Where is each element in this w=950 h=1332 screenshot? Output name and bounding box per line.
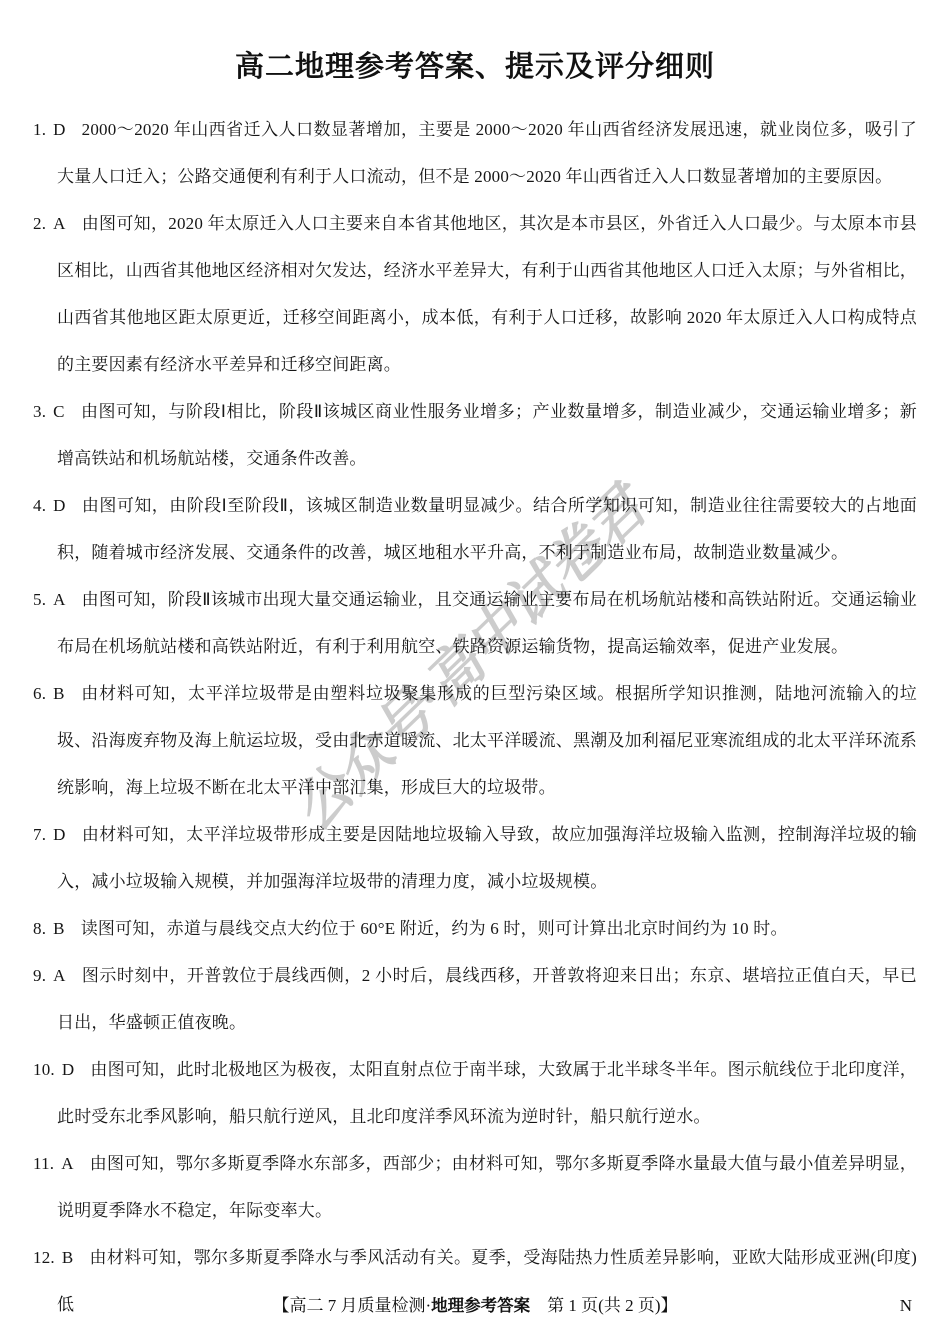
answer-choice: B [62,1248,90,1267]
answer-item: 9.A图示时刻中，开普敦位于晨线西侧，2 小时后，晨线西移，开普敦将迎来日出；东… [33,952,917,1046]
answer-choice: A [61,1154,89,1173]
answer-number: 2. [33,214,53,233]
footer-corner-mark: N [900,1294,912,1318]
answer-item: 10.D由图可知，此时北极地区为极夜，太阳直射点位于南半球，大致属于北半球冬半年… [33,1046,917,1140]
answer-number: 7. [33,825,53,844]
answer-number: 10. [33,1060,62,1079]
answer-number: 8. [33,919,53,938]
answer-choice: C [53,402,81,421]
answer-item: 2.A由图可知，2020 年太原迁入人口主要来自本省其他地区，其次是本市县区，外… [33,200,917,388]
exam-answer-page: 公众号·高中试卷君 高二地理参考答案、提示及评分细则 1.D2000～2020 … [0,0,950,1332]
page-title: 高二地理参考答案、提示及评分细则 [33,50,917,84]
answer-explanation: 读图可知，赤道与晨线交点大约位于 60°E 附近，约为 6 时，则可计算出北京时… [81,919,788,938]
answer-explanation: 由图可知，此时北极地区为极夜，太阳直射点位于南半球，大致属于北半球冬半年。图示航… [57,1060,917,1126]
answer-explanation: 由图可知，阶段Ⅱ该城市出现大量交通运输业，且交通运输业主要布局在机场航站楼和高铁… [57,590,917,656]
answer-explanation: 2000～2020 年山西省迁入人口数显著增加，主要是 2000～2020 年山… [57,120,917,186]
answer-choice: B [53,684,81,703]
answer-item: 11.A由图可知，鄂尔多斯夏季降水东部多，西部少；由材料可知，鄂尔多斯夏季降水量… [33,1140,917,1234]
answer-item: 5.A由图可知，阶段Ⅱ该城市出现大量交通运输业，且交通运输业主要布局在机场航站楼… [33,576,917,670]
answer-choice: A [53,214,81,233]
answer-number: 9. [33,966,53,985]
answer-item: 4.D由图可知，由阶段Ⅰ至阶段Ⅱ，该城区制造业数量明显减少。结合所学知识可知，制… [33,482,917,576]
answer-explanation: 图示时刻中，开普敦位于晨线西侧，2 小时后，晨线西移，开普敦将迎来日出；东京、堪… [57,966,917,1032]
answer-explanation: 由图可知，与阶段Ⅰ相比，阶段Ⅱ该城区商业性服务业增多；产业数量增多，制造业减少，… [57,402,917,468]
answer-number: 3. [33,402,53,421]
answer-item: 1.D2000～2020 年山西省迁入人口数显著增加，主要是 2000～2020… [33,106,917,200]
answer-explanation: 由材料可知，太平洋垃圾带是由塑料垃圾聚集形成的巨型污染区域。根据所学知识推测，陆… [57,684,917,797]
answer-item: 8.B读图可知，赤道与晨线交点大约位于 60°E 附近，约为 6 时，则可计算出… [33,905,917,952]
answer-item: 7.D由材料可知，太平洋垃圾带形成主要是因陆地垃圾输入导致，故应加强海洋垃圾输入… [33,811,917,905]
answer-choice: D [53,825,81,844]
footer-subject: 地理参考答案 [431,1297,530,1315]
answer-number: 12. [33,1248,62,1267]
answer-item: 3.C由图可知，与阶段Ⅰ相比，阶段Ⅱ该城区商业性服务业增多；产业数量增多，制造业… [33,388,917,482]
footer-page-number: 第 1 页(共 2 页)】 [530,1296,677,1315]
answer-explanation: 由图可知，鄂尔多斯夏季降水东部多，西部少；由材料可知，鄂尔多斯夏季降水量最大值与… [57,1154,917,1220]
answer-explanation: 由图可知，2020 年太原迁入人口主要来自本省其他地区，其次是本市县区，外省迁入… [57,214,917,374]
answer-explanation: 由材料可知，太平洋垃圾带形成主要是因陆地垃圾输入导致，故应加强海洋垃圾输入监测，… [57,825,917,891]
answer-choice: D [62,1060,90,1079]
answer-choice: B [53,919,81,938]
answer-choice: A [53,966,81,985]
answer-number: 11. [33,1154,61,1173]
answer-number: 5. [33,590,53,609]
page-footer: 【高二 7 月质量检测·地理参考答案 第 1 页(共 2 页)】 N [0,1294,950,1318]
answer-number: 4. [33,496,53,515]
footer-exam-name: 【高二 7 月质量检测· [273,1296,432,1315]
answer-choice: D [53,496,81,515]
answer-explanation: 由图可知，由阶段Ⅰ至阶段Ⅱ，该城区制造业数量明显减少。结合所学知识可知，制造业往… [57,496,917,562]
answers-list: 1.D2000～2020 年山西省迁入人口数显著增加，主要是 2000～2020… [33,106,917,1328]
answer-number: 1. [33,120,53,139]
answer-choice: A [53,590,81,609]
answer-item: 6.B由材料可知，太平洋垃圾带是由塑料垃圾聚集形成的巨型污染区域。根据所学知识推… [33,670,917,811]
answer-number: 6. [33,684,53,703]
answer-choice: D [53,120,81,139]
